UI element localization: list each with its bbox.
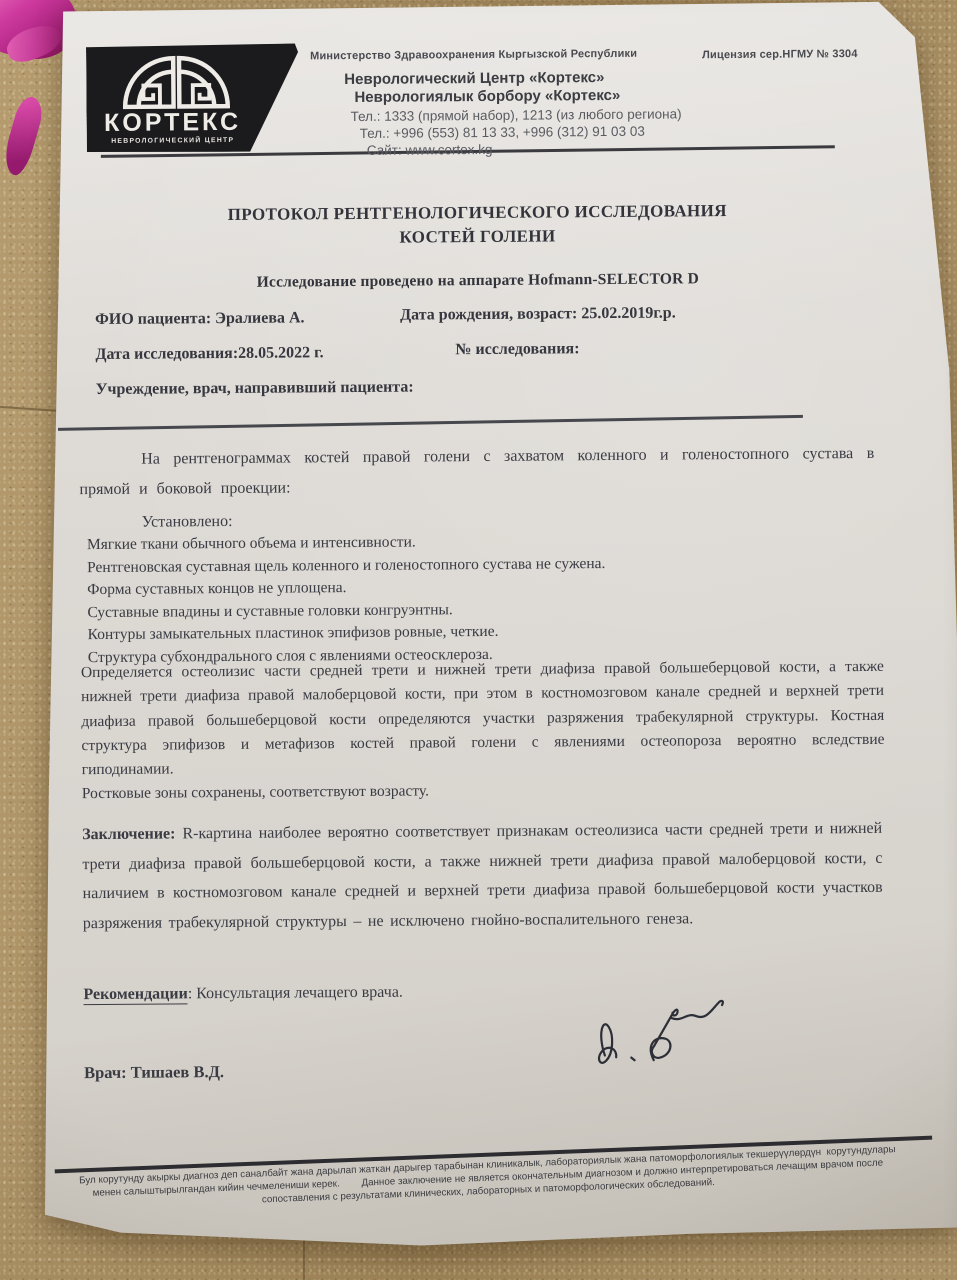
intro-paragraph: На рентгенограммах костей правой голени … bbox=[79, 439, 874, 505]
referrer-field: Учреждение, врач, направивший пациента: bbox=[96, 379, 414, 399]
doctor-value: Тишаев В.Д. bbox=[131, 1062, 224, 1082]
phone-line-1: Тел.: 1333 (прямой набор), 1213 (из любо… bbox=[350, 106, 681, 124]
doctor-line: Врач: Тишаев В.Д. bbox=[84, 1062, 224, 1083]
center-name-kg: Неврологиялык борбору «Кортекс» bbox=[354, 87, 620, 106]
study-number-field: № исследования: bbox=[455, 340, 579, 359]
recommendations-line: Рекомендации: Консультация лечащего врач… bbox=[83, 984, 403, 1005]
patient-label: ФИО пациента: bbox=[95, 310, 211, 328]
document-sheet-wrapper: КОРТЕКС НЕВРОЛОГИЧЕСКИЙ ЦЕНТР Министерст… bbox=[0, 0, 957, 1280]
study-date-value: 28.05.2022 г. bbox=[238, 344, 324, 362]
birth-field: Дата рождения, возраст: 25.02.2019г.р. bbox=[400, 304, 676, 324]
cortex-logo-arch-icon bbox=[112, 51, 240, 112]
patient-value: Эралиева А. bbox=[215, 309, 305, 327]
conclusion-text: R-картина наиболее вероятно соответствуе… bbox=[82, 820, 882, 932]
report-title-line2: КОСТЕЙ ГОЛЕНИ bbox=[77, 224, 877, 250]
birth-value: 25.02.2019г.р. bbox=[581, 304, 675, 322]
recommendations-label: Рекомендации bbox=[83, 985, 187, 1005]
findings-list: Мягкие ткани обычного объема и интенсивн… bbox=[87, 528, 910, 670]
recommendations-text: : Консультация лечащего врача. bbox=[188, 984, 403, 1003]
description-paragraph: Определяется остеолизис части средней тр… bbox=[81, 655, 885, 783]
phone-line-2: Тел.: +996 (553) 81 13 33, +996 (312) 91… bbox=[360, 124, 645, 141]
referrer-blank-line bbox=[58, 415, 803, 431]
logo-brand-text: КОРТЕКС bbox=[86, 108, 258, 138]
report-title-line1: ПРОТОКОЛ РЕНТГЕНОЛОГИЧЕСКОГО ИССЛЕДОВАНИ… bbox=[77, 200, 877, 226]
doctor-label: Врач: bbox=[84, 1063, 127, 1082]
cortex-logo: КОРТЕКС НЕВРОЛОГИЧЕСКИЙ ЦЕНТР bbox=[86, 43, 299, 153]
ministry-line: Министерство Здравоохранения Кыргызской … bbox=[310, 48, 637, 63]
conclusion-paragraph: Заключение:R-картина наиболее вероятно с… bbox=[82, 814, 883, 938]
center-name-ru: Неврологический Центр «Кортекс» bbox=[344, 69, 604, 88]
document-content: КОРТЕКС НЕВРОЛОГИЧЕСКИЙ ЦЕНТР Министерст… bbox=[0, 0, 957, 1280]
study-date-label: Дата исследования: bbox=[95, 345, 238, 363]
referrer-label: Учреждение, врач, направивший пациента: bbox=[96, 379, 414, 398]
website-line: Сайт: www.cortex.kg bbox=[367, 142, 493, 158]
doctor-signature bbox=[577, 981, 755, 1085]
study-number-label: № исследования: bbox=[455, 340, 579, 358]
license-number: Лицензия сер.НГМУ № 3304 bbox=[702, 48, 858, 61]
study-date-field: Дата исследования:28.05.2022 г. bbox=[95, 344, 323, 364]
logo-tagline: НЕВРОЛОГИЧЕСКИЙ ЦЕНТР bbox=[87, 137, 259, 145]
patient-field: ФИО пациента: Эралиева А. bbox=[95, 309, 305, 329]
footer-block: Бул корутунду акыркы диагноз деп саналба… bbox=[0, 0, 918, 6]
description-block: Определяется остеолизис части средней тр… bbox=[81, 655, 885, 807]
findings-heading: Установлено: bbox=[142, 513, 233, 532]
conclusion-label: Заключение: bbox=[82, 825, 175, 843]
birth-label: Дата рождения, возраст: bbox=[400, 305, 577, 323]
growth-zones-line: Ростковые зоны сохранены, соответствуют … bbox=[82, 776, 885, 807]
apparatus-line: Исследование проведено на аппарате Hofma… bbox=[78, 269, 878, 293]
document-sheet: КОРТЕКС НЕВРОЛОГИЧЕСКИЙ ЦЕНТР Министерст… bbox=[0, 0, 957, 1280]
